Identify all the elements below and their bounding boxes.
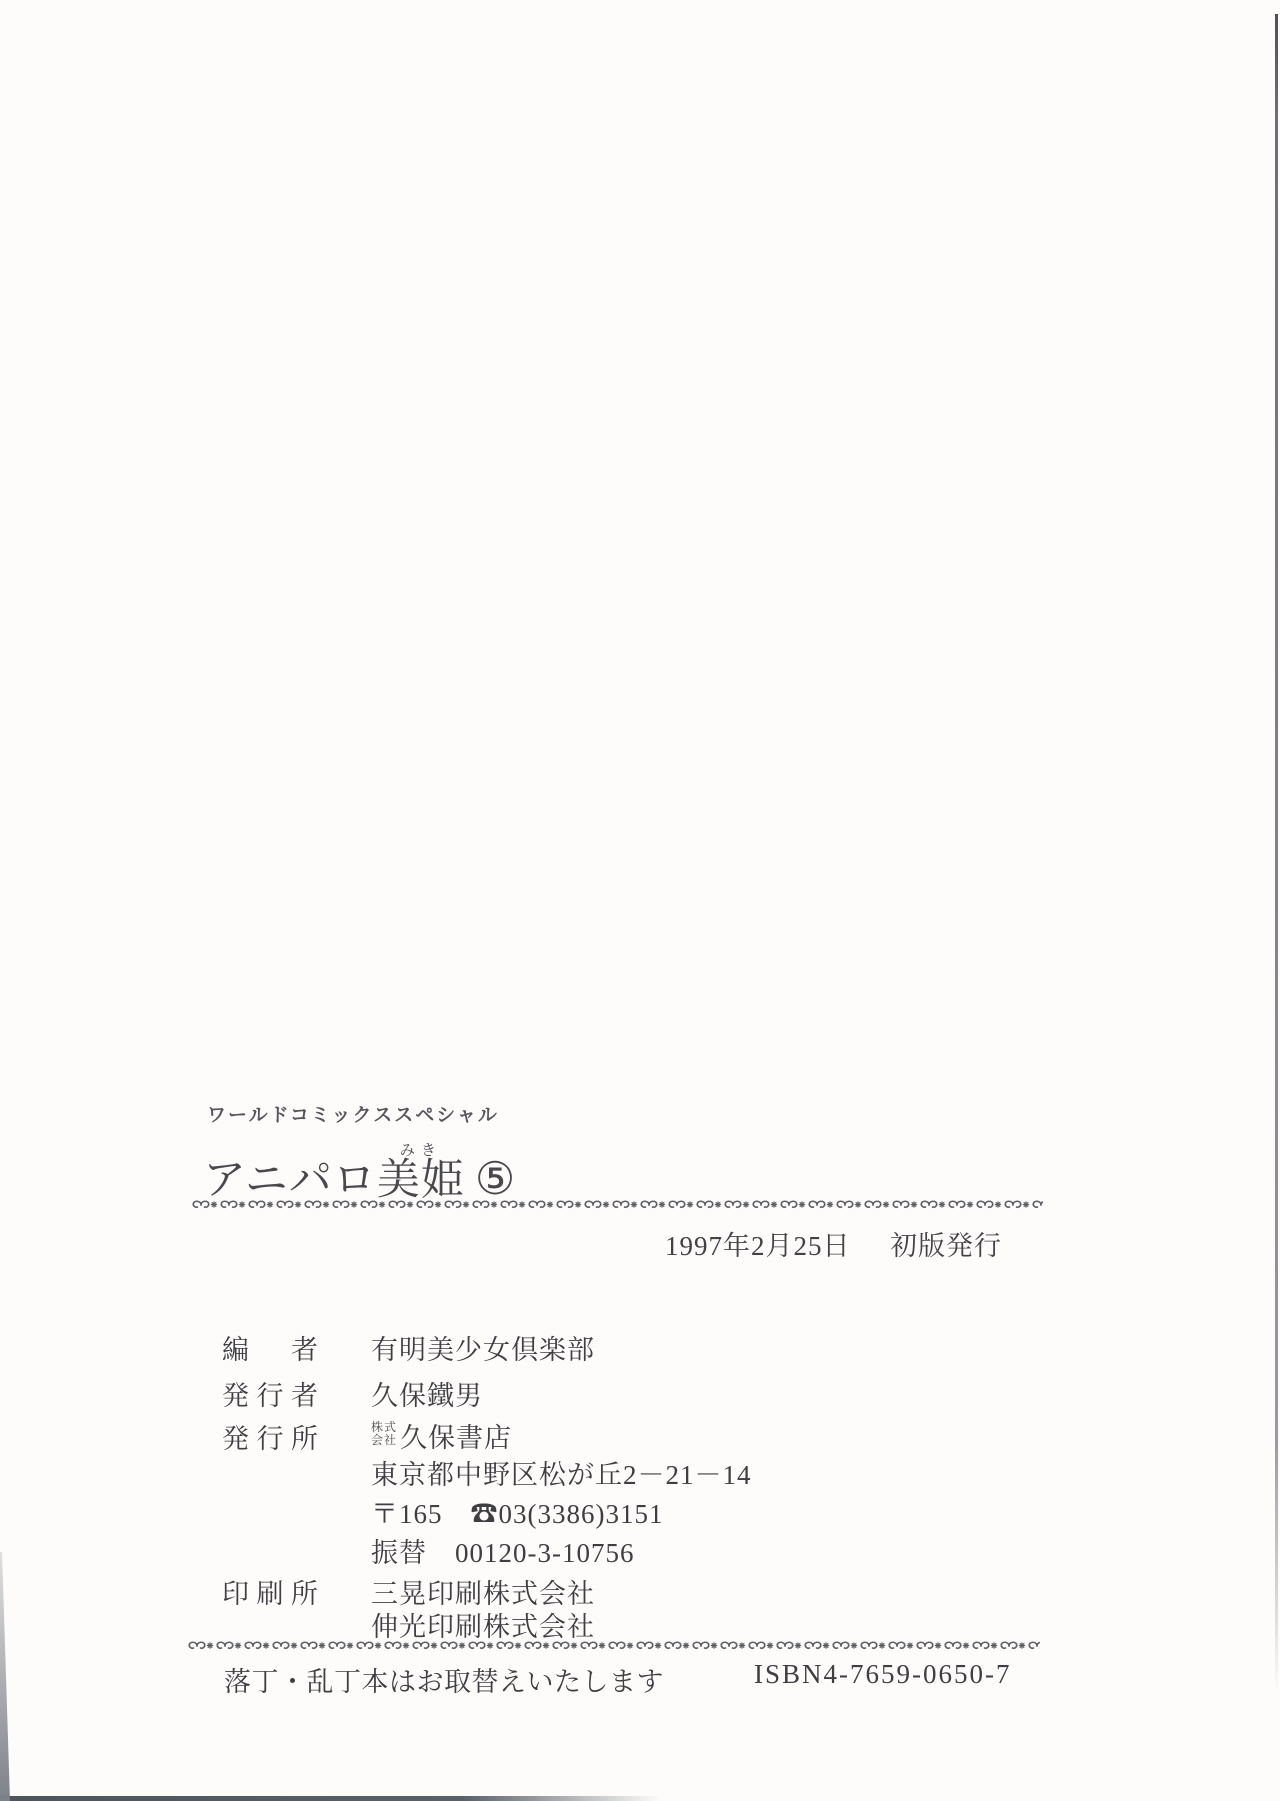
book-title-ruby: 美姫みき (377, 1157, 465, 1204)
publishing-office-value: 久保書店 (400, 1416, 512, 1455)
book-title-furigana: みき (377, 1143, 465, 1159)
publisher-value: 久保鐵男 (371, 1374, 483, 1413)
replacement-notice: 落丁・乱丁本はお取替えいたします (224, 1660, 664, 1699)
book-title-prefix: アニパロ (203, 1157, 377, 1204)
company-type-bottom: 会社 (371, 1434, 397, 1446)
printer-label: 印刷所 (222, 1572, 318, 1611)
isbn-number: ISBN4-7659-0650-7 (754, 1659, 1012, 1690)
office-address: 東京都中野区松が丘2－21－14 (371, 1453, 752, 1492)
editor-label: 編 者 (222, 1328, 318, 1367)
ornament-divider-top (191, 1198, 1043, 1211)
scan-edge-left (0, 1552, 10, 1801)
publisher-label: 発行者 (222, 1374, 318, 1413)
edition-label: 初版発行 (890, 1224, 1002, 1263)
publication-date: 1997年2月25日 (665, 1224, 851, 1263)
book-title-ruby-base: 美姫 (377, 1157, 465, 1204)
volume-number-badge: ⑤ (475, 1154, 515, 1204)
office-postal-phone: 〒165 ☎03(3386)3151 (371, 1492, 663, 1531)
publishing-office-label: 発行所 (222, 1417, 318, 1456)
colophon-page: ワールドコミックススペシャル アニパロ美姫みき⑤ 1997年2月25日 初版発行… (0, 0, 1280, 1801)
company-type-top: 株式 (371, 1421, 397, 1433)
series-label: ワールドコミックススペシャル (207, 1100, 499, 1127)
scan-edge-right (1275, 14, 1278, 1694)
scan-edge-bottom (0, 1796, 660, 1801)
ornament-divider-bottom (187, 1639, 1040, 1652)
editor-value: 有明美少女倶楽部 (371, 1328, 595, 1367)
office-transfer-account: 振替 00120-3-10756 (371, 1531, 634, 1570)
book-title: アニパロ美姫みき⑤ (203, 1143, 515, 1202)
